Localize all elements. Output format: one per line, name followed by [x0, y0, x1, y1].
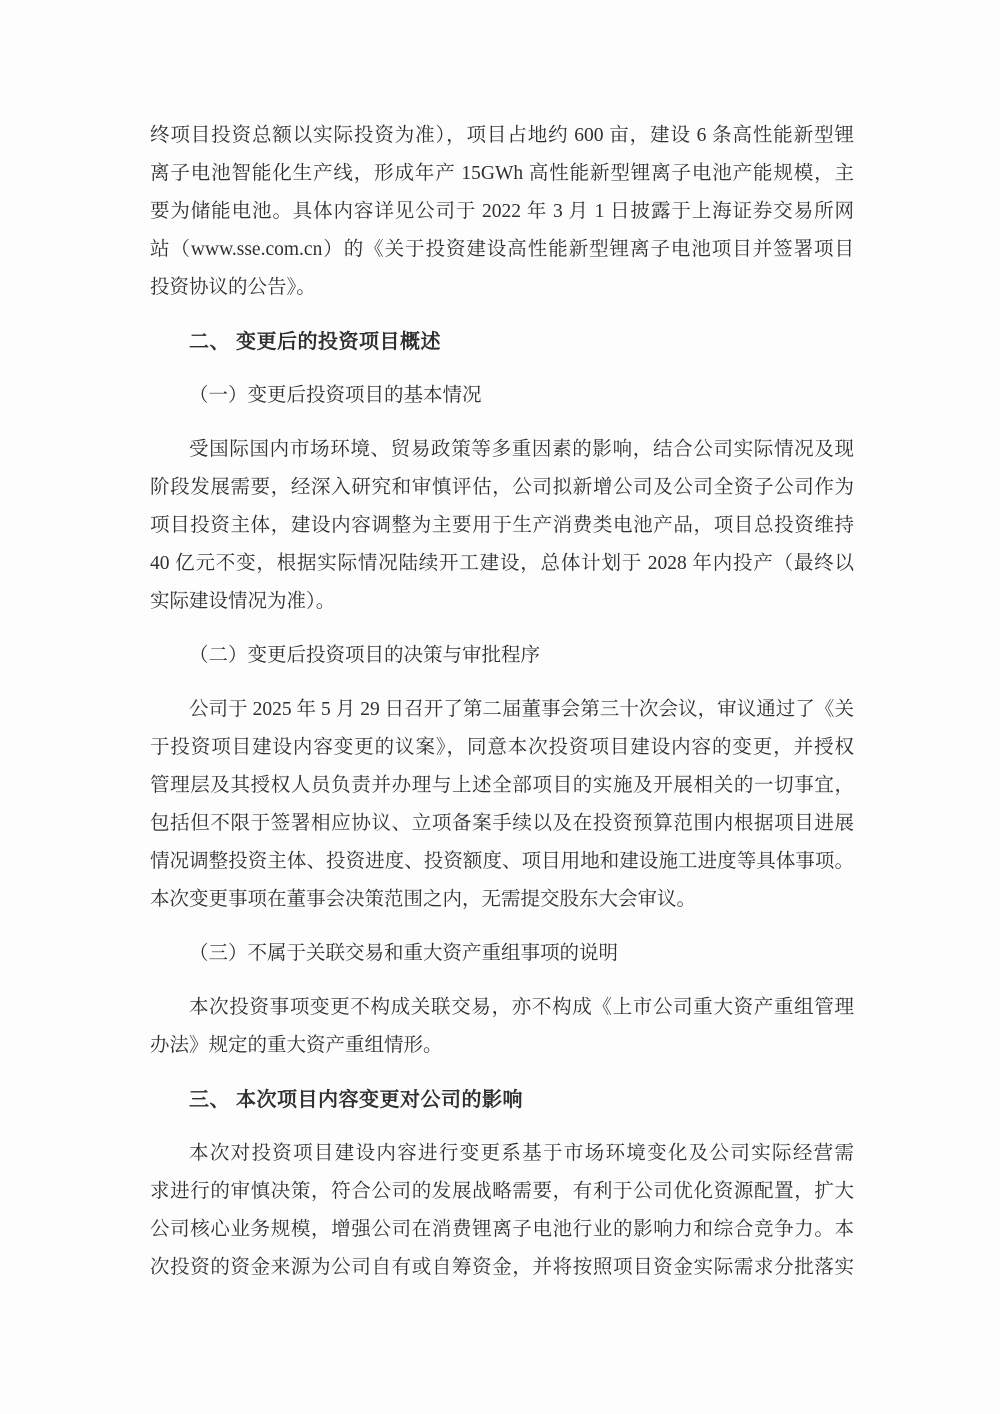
- text-line: 终项目投资总额以实际投资为准），项目占地约 600 亩，建设 6 条高性能新型锂: [150, 117, 854, 155]
- text-line: 办法》规定的重大资产重组情形。: [150, 1027, 854, 1065]
- text-line: 本次对投资项目建设内容进行变更系基于市场环境变化及公司实际经营需: [150, 1135, 854, 1173]
- subsection-heading: （三）不属于关联交易和重大资产重组事项的说明: [150, 935, 854, 973]
- text-line: 实际建设情况为准）。: [150, 583, 854, 621]
- text-line: 于投资项目建设内容变更的议案》，同意本次投资项目建设内容的变更，并授权: [150, 729, 854, 767]
- announcement-page: 终项目投资总额以实际投资为准），项目占地约 600 亩，建设 6 条高性能新型锂…: [0, 0, 1000, 1414]
- text-line: 公司于 2025 年 5 月 29 日召开了第二届董事会第三十次会议，审议通过了…: [150, 691, 854, 729]
- text-line: 情况调整投资主体、投资进度、投资额度、项目用地和建设施工进度等具体事项。: [150, 843, 854, 881]
- text-line: 受国际国内市场环境、贸易政策等多重因素的影响，结合公司实际情况及现: [150, 431, 854, 469]
- text-line: 40 亿元不变，根据实际情况陆续开工建设，总体计划于 2028 年内投产（最终以: [150, 545, 854, 583]
- text-line: 投资协议的公告》。: [150, 269, 854, 307]
- text-line: 项目投资主体，建设内容调整为主要用于生产消费类电池产品，项目总投资维持: [150, 507, 854, 545]
- document-content: 终项目投资总额以实际投资为准），项目占地约 600 亩，建设 6 条高性能新型锂…: [150, 117, 854, 1287]
- subsection-heading: （一）变更后投资项目的基本情况: [150, 377, 854, 415]
- section-heading: 三、 本次项目内容变更对公司的影响: [150, 1081, 854, 1119]
- text-line: 次投资的资金来源为公司自有或自筹资金，并将按照项目资金实际需求分批落实: [150, 1249, 854, 1287]
- text-line: 本次变更事项在董事会决策范围之内，无需提交股东大会审议。: [150, 881, 854, 919]
- subsection-heading: （二）变更后投资项目的决策与审批程序: [150, 637, 854, 675]
- text-line: 求进行的审慎决策，符合公司的发展战略需要，有利于公司优化资源配置，扩大: [150, 1173, 854, 1211]
- text-line: 要为储能电池。具体内容详见公司于 2022 年 3 月 1 日披露于上海证券交易…: [150, 193, 854, 231]
- text-line: 公司核心业务规模，增强公司在消费锂离子电池行业的影响力和综合竞争力。本: [150, 1211, 854, 1249]
- text-line: 包括但不限于签署相应协议、立项备案手续以及在投资预算范围内根据项目进展: [150, 805, 854, 843]
- section-heading: 二、 变更后的投资项目概述: [150, 323, 854, 361]
- text-line: 管理层及其授权人员负责并办理与上述全部项目的实施及开展相关的一切事宜，: [150, 767, 854, 805]
- text-line: 本次投资事项变更不构成关联交易，亦不构成《上市公司重大资产重组管理: [150, 989, 854, 1027]
- text-line: 阶段发展需要，经深入研究和审慎评估，公司拟新增公司及公司全资子公司作为: [150, 469, 854, 507]
- text-line: 离子电池智能化生产线，形成年产 15GWh 高性能新型锂离子电池产能规模，主: [150, 155, 854, 193]
- text-line: 站（www.sse.com.cn）的《关于投资建设高性能新型锂离子电池项目并签署…: [150, 231, 854, 269]
